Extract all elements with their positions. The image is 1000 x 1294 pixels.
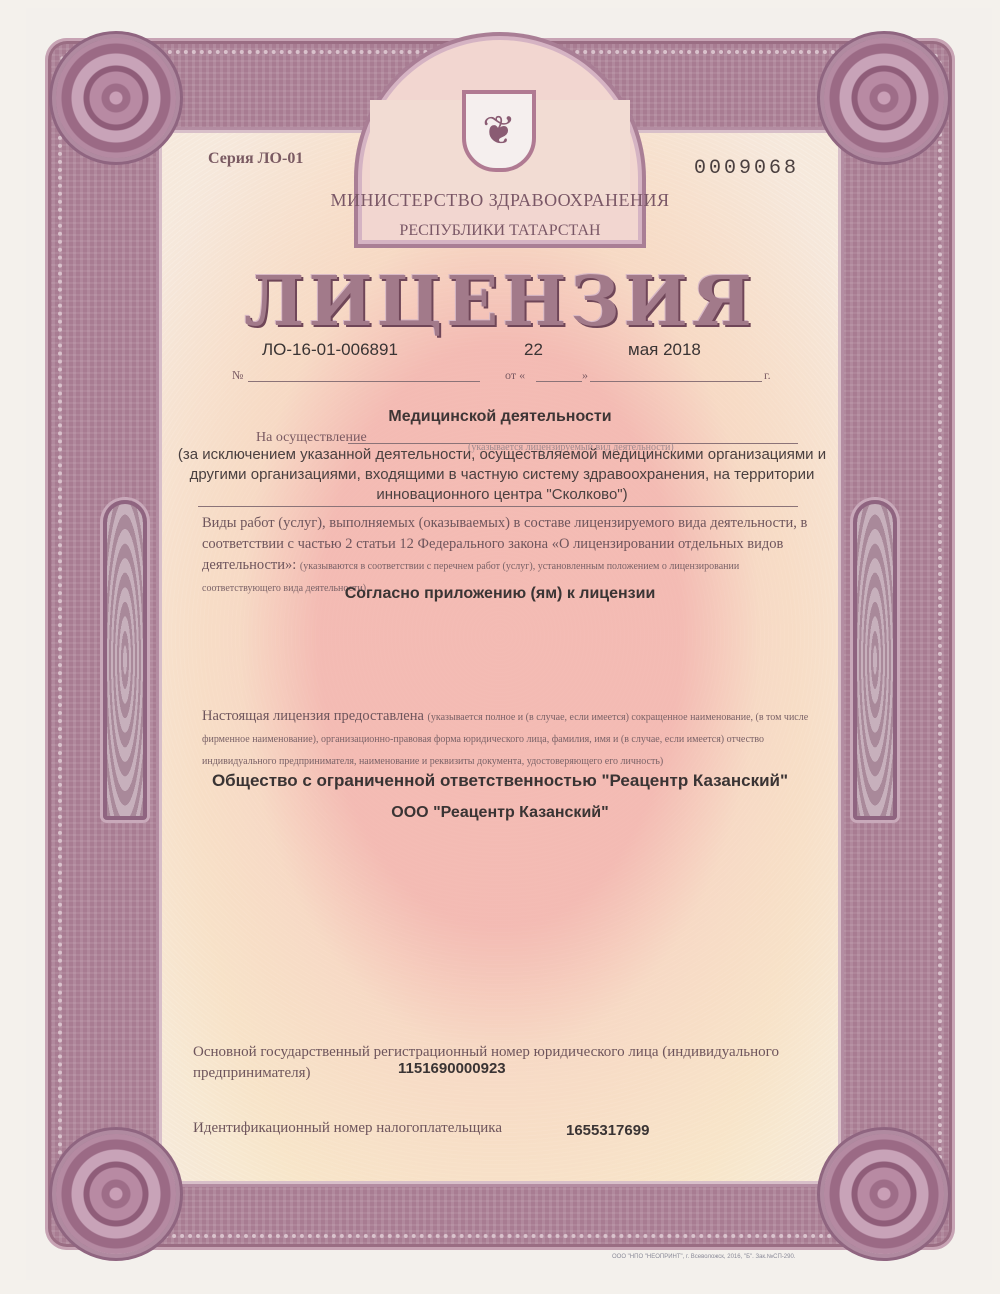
series-label: Серия ЛО-01 (208, 150, 303, 168)
blank-number: 0009068 (694, 157, 799, 180)
activity-exclusion: (за исключением указанной деятельности, … (168, 445, 836, 505)
month-rule (590, 381, 762, 382)
document-title: ЛИЦЕНЗИЯ (0, 262, 1000, 342)
issuer-line-1: МИНИСТЕРСТВО ЗДРАВООХРАНЕНИЯ (0, 190, 1000, 211)
activity-value: Медицинской деятельности (0, 408, 1000, 426)
works-value: Согласно приложению (ям) к лицензии (0, 585, 1000, 603)
rosette-bottom-left-icon (56, 1134, 176, 1254)
license-number: ЛО-16-01-006891 (262, 340, 398, 360)
ogrn-value: 1151690000923 (398, 1060, 506, 1077)
license-day: 22 (524, 340, 543, 360)
number-rule (248, 381, 480, 382)
license-month-year: мая 2018 (628, 340, 701, 360)
rosette-bottom-right-icon (824, 1134, 944, 1254)
rosette-top-left-icon (56, 38, 176, 158)
coat-of-arms-icon: ❦ (462, 90, 536, 172)
printer-imprint: ООО "НПО "НЕОПРИНТ", г. Всеволожск, 2016… (612, 1254, 796, 1260)
licensee-section: Настоящая лицензия предоставлена (указыв… (202, 706, 810, 772)
licensee-short-name: ООО "Реацентр Казанский" (0, 804, 1000, 822)
number-prefix: № (232, 368, 243, 383)
date-prefix: от « (505, 368, 525, 383)
licensee-label: Настоящая лицензия предоставлена (202, 708, 424, 724)
inn-value: 1655317699 (566, 1122, 649, 1139)
date-quote-close: » (582, 368, 588, 383)
day-rule (536, 381, 582, 382)
activity-end-rule (198, 506, 798, 507)
licensee-full-name: Общество с ограниченной ответственностью… (0, 771, 1000, 791)
rosette-top-right-icon (824, 38, 944, 158)
date-suffix: г. (764, 368, 771, 383)
inn-label: Идентификационный номер налогоплательщик… (193, 1120, 502, 1137)
issuer-line-2: РЕСПУБЛИКИ ТАТАРСТАН (0, 222, 1000, 240)
